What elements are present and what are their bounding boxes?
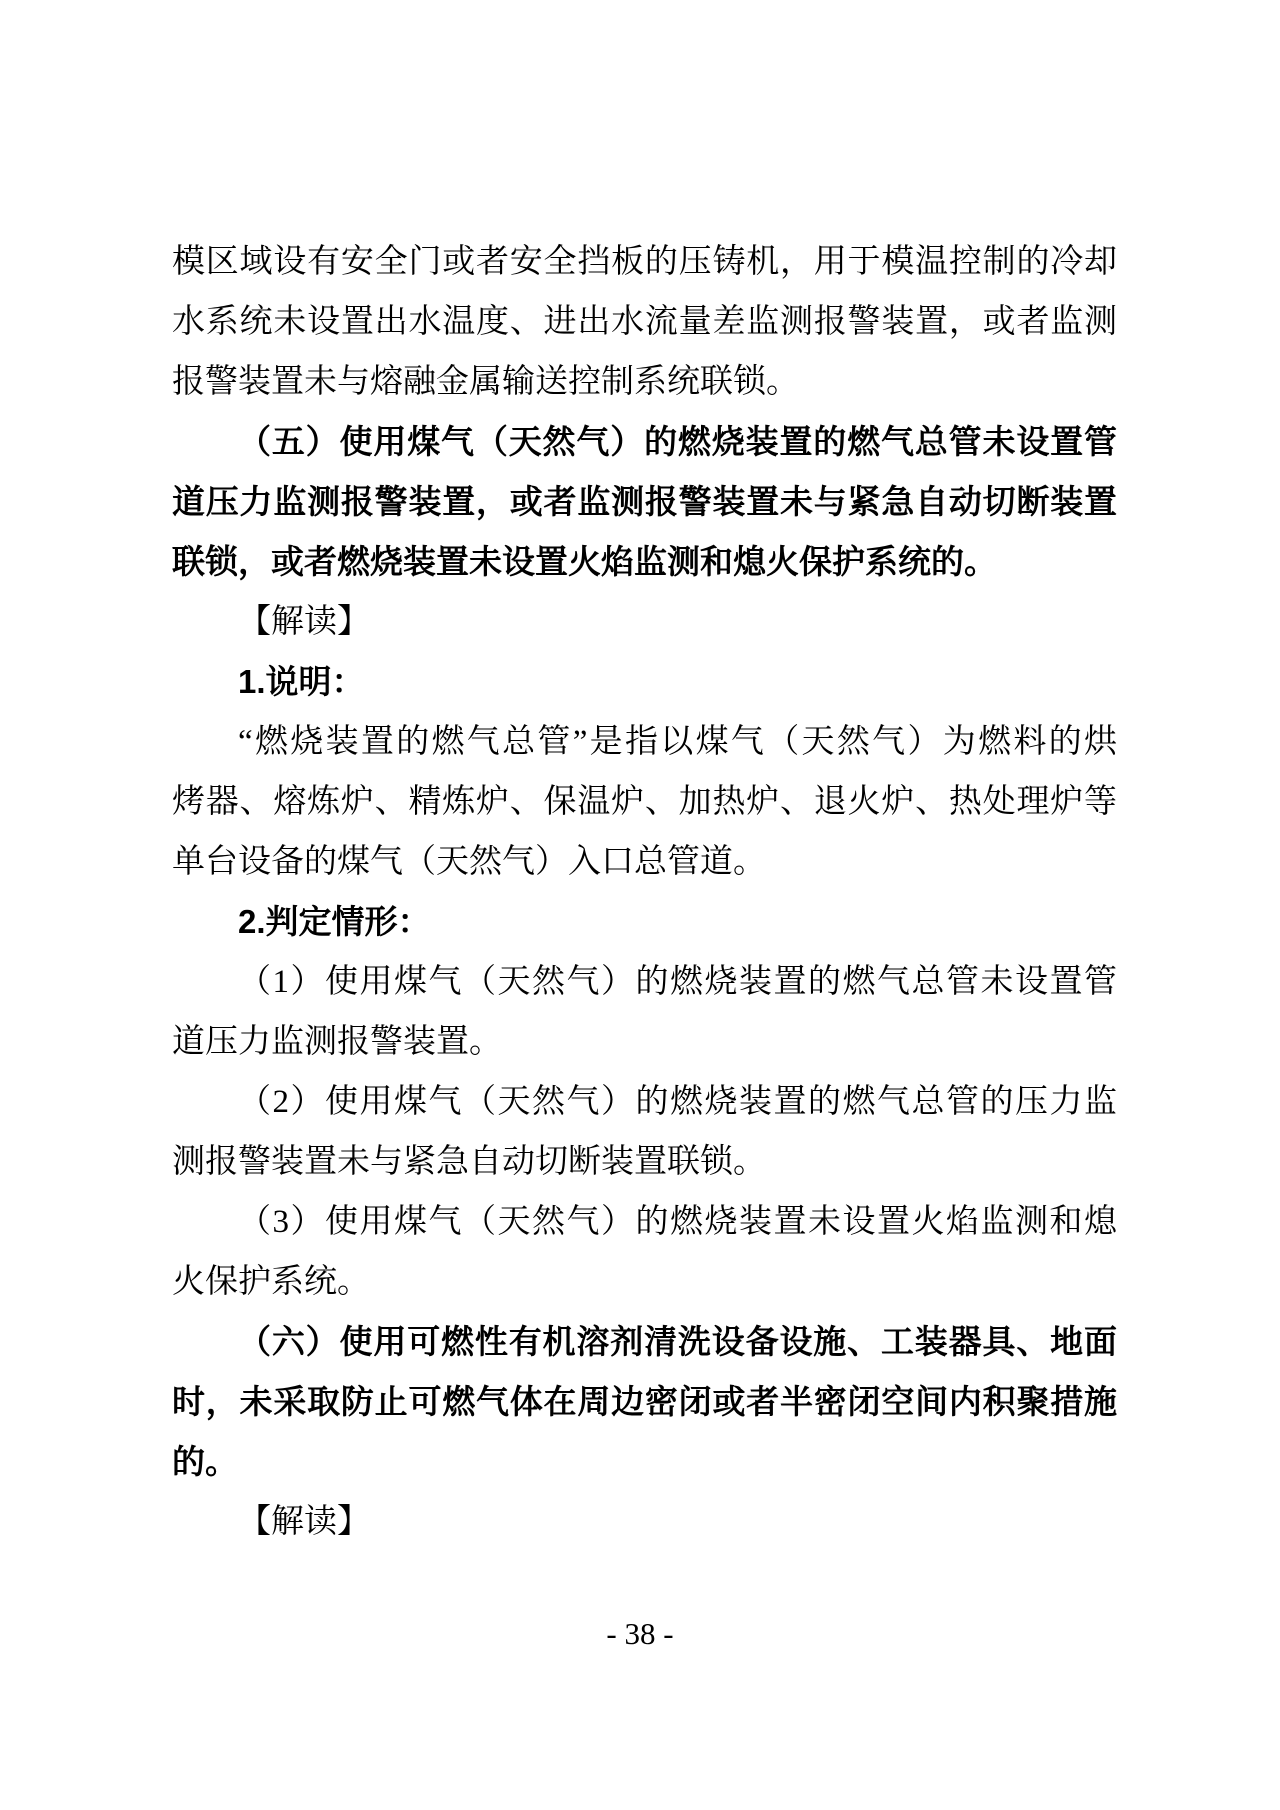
text-line: “燃烧装置的燃气总管”是指以煤气（天然气）为燃料的烘: [172, 712, 1117, 772]
page-number: - 38 -: [0, 1614, 1280, 1654]
text-line: 道压力监测报警装置，或者监测报警装置未与紧急自动切断装置: [172, 472, 1117, 532]
document-body: 模区域设有安全门或者安全挡板的压铸机，用于模温控制的冷却 水系统未设置出水温度、…: [172, 232, 1117, 1552]
text-line: 2.判定情形：: [172, 892, 1117, 952]
text-line: 时，未采取防止可燃气体在周边密闭或者半密闭空间内积聚措施: [172, 1372, 1117, 1432]
text-line: （1）使用煤气（天然气）的燃烧装置的燃气总管未设置管: [172, 952, 1117, 1012]
text-line: 水系统未设置出水温度、进出水流量差监测报警装置，或者监测: [172, 292, 1117, 352]
text-line: 道压力监测报警装置。: [172, 1012, 1117, 1072]
text-line: 报警装置未与熔融金属输送控制系统联锁。: [172, 352, 1117, 412]
text-line: 单台设备的煤气（天然气）入口总管道。: [172, 832, 1117, 892]
text-line: 火保护系统。: [172, 1252, 1117, 1312]
text-line: 测报警装置未与紧急自动切断装置联锁。: [172, 1132, 1117, 1192]
text-line: （五）使用煤气（天然气）的燃烧装置的燃气总管未设置管: [172, 412, 1117, 472]
text-line: 【解读】: [172, 1492, 1117, 1552]
text-line: （六）使用可燃性有机溶剂清洗设备设施、工装器具、地面: [172, 1312, 1117, 1372]
document-page: 模区域设有安全门或者安全挡板的压铸机，用于模温控制的冷却 水系统未设置出水温度、…: [0, 0, 1280, 1810]
text-line: 【解读】: [172, 592, 1117, 652]
text-line: （3）使用煤气（天然气）的燃烧装置未设置火焰监测和熄: [172, 1192, 1117, 1252]
text-line: 的。: [172, 1432, 1117, 1492]
text-line: 1.说明：: [172, 652, 1117, 712]
text-line: （2）使用煤气（天然气）的燃烧装置的燃气总管的压力监: [172, 1072, 1117, 1132]
text-line: 模区域设有安全门或者安全挡板的压铸机，用于模温控制的冷却: [172, 232, 1117, 292]
text-line: 联锁，或者燃烧装置未设置火焰监测和熄火保护系统的。: [172, 532, 1117, 592]
text-line: 烤器、熔炼炉、精炼炉、保温炉、加热炉、退火炉、热处理炉等: [172, 772, 1117, 832]
